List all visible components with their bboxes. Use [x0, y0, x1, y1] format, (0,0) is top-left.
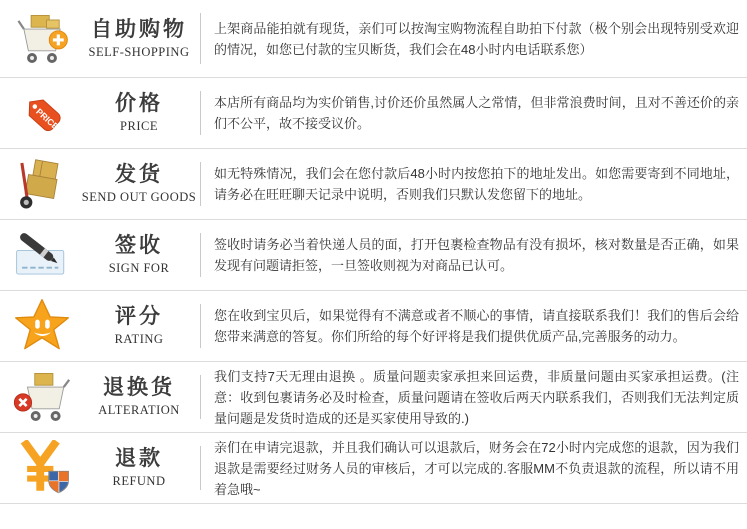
policy-title-block: 评分 RATING: [78, 305, 200, 347]
policy-title-block: 发货 SEND OUT GOODS: [78, 163, 200, 205]
policy-title: 发货: [78, 163, 200, 187]
policy-title: 评分: [78, 305, 200, 329]
policy-row-self-shopping: 自助购物 SELF-SHOPPING 上架商品能拍就有现货，亲们可以按淘宝购物流…: [0, 0, 747, 78]
policy-subtitle: SIGN FOR: [78, 261, 200, 275]
hand-truck-icon: [0, 156, 78, 212]
policy-row-price: PRICE 价格 PRICE 本店所有商品均为实价销售,讨价还价虽然属人之常情，…: [0, 78, 747, 149]
policy-description: 如无特殊情况，我们会在您付款后48小时内按您拍下的地址发出。如您需要寄到不同地址…: [201, 163, 747, 205]
policy-description: 本店所有商品均为实价销售,讨价还价虽然属人之常情，但非常浪费时间，且对不善还价的…: [201, 92, 747, 134]
policy-subtitle: PRICE: [78, 119, 200, 133]
policy-description: 上架商品能拍就有现货，亲们可以按淘宝购物流程自助拍下付款（极个别会出现特别受欢迎…: [201, 18, 747, 60]
policy-subtitle: REFUND: [78, 474, 200, 488]
star-smiley-icon: [0, 297, 78, 355]
policy-row-alteration: 退换货 ALTERATION 我们支持7天无理由退换 。质量问题卖家承担来回运费…: [0, 362, 747, 433]
policy-title: 退款: [78, 447, 200, 471]
price-tag-icon: PRICE: [0, 85, 78, 141]
policy-title-block: 价格 PRICE: [78, 92, 200, 134]
policy-row-refund: 退款 REFUND 亲们在申请完退款，并且我们确认可以退款后，财务会在72小时内…: [0, 433, 747, 504]
yuan-shield-icon: [0, 440, 78, 496]
policy-description: 您在收到宝贝后，如果觉得有不满意或者不顺心的事情，请直接联系我们！我们的售后会给…: [201, 305, 747, 347]
cart-remove-icon: [0, 368, 78, 426]
policy-title: 价格: [78, 92, 200, 116]
policy-subtitle: SEND OUT GOODS: [78, 190, 200, 204]
policy-subtitle: ALTERATION: [78, 403, 200, 417]
store-policy-list: 自助购物 SELF-SHOPPING 上架商品能拍就有现货，亲们可以按淘宝购物流…: [0, 0, 747, 504]
cart-plus-icon: [0, 10, 78, 68]
policy-title: 自助购物: [78, 18, 200, 42]
policy-description: 签收时请务必当着快递人员的面，打开包裹检查物品有没有损坏，核对数量是否正确，如果…: [201, 234, 747, 276]
policy-title: 签收: [78, 234, 200, 258]
policy-row-send-out-goods: 发货 SEND OUT GOODS 如无特殊情况，我们会在您付款后48小时内按您…: [0, 149, 747, 220]
policy-title-block: 退换货 ALTERATION: [78, 376, 200, 418]
policy-row-rating: 评分 RATING 您在收到宝贝后，如果觉得有不满意或者不顺心的事情，请直接联系…: [0, 291, 747, 362]
policy-title-block: 自助购物 SELF-SHOPPING: [78, 18, 200, 60]
policy-title-block: 签收 SIGN FOR: [78, 234, 200, 276]
policy-title: 退换货: [78, 376, 200, 400]
policy-description: 我们支持7天无理由退换 。质量问题卖家承担来回运费，非质量问题由买家承担运费。(…: [201, 366, 747, 429]
policy-row-sign-for: 签收 SIGN FOR 签收时请务必当着快递人员的面，打开包裹检查物品有没有损坏…: [0, 220, 747, 291]
cheque-pen-icon: [0, 226, 78, 284]
policy-description: 亲们在申请完退款，并且我们确认可以退款后，财务会在72小时内完成您的退款，因为我…: [201, 437, 747, 500]
policy-subtitle: SELF-SHOPPING: [78, 45, 200, 59]
policy-title-block: 退款 REFUND: [78, 447, 200, 489]
policy-subtitle: RATING: [78, 332, 200, 346]
